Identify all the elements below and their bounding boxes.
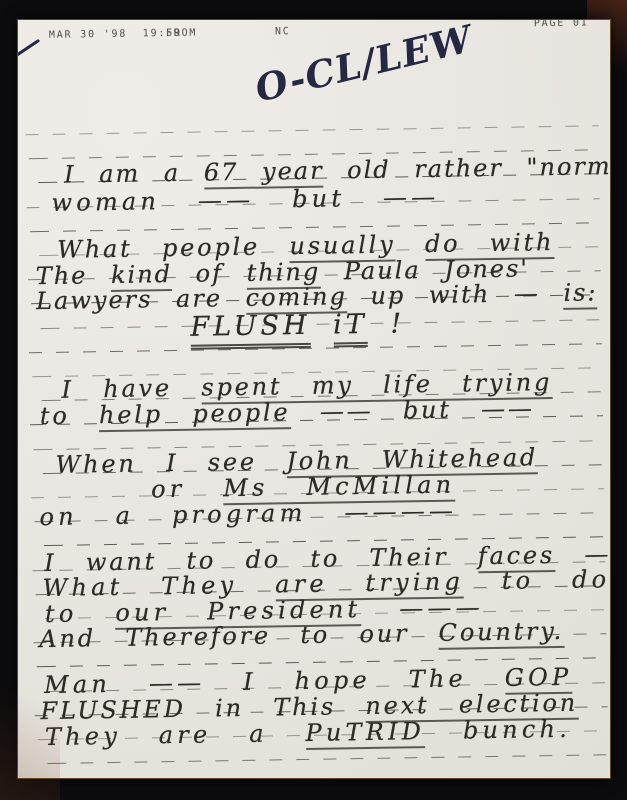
handwriting-text: to [40, 401, 100, 430]
handwriting-text: old rather "normal" [323, 151, 610, 184]
handwriting-text: —— but —— [290, 394, 535, 426]
handwriting-text: or [151, 474, 224, 503]
scanned-fax-page: MAR 30 '98 19:59 FROM NC PAGE 01 O-CL/LE… [0, 0, 627, 800]
handwriting-underlined-text: FLUSH [190, 310, 311, 350]
scan-tilt-layer: MAR 30 '98 19:59 FROM NC PAGE 01 O-CL/LE… [18, 20, 610, 778]
handwriting-text: ! [367, 308, 405, 340]
handwriting-underlined-text: is: [563, 278, 598, 310]
handwriting-underlined-text: PuTRID [305, 717, 425, 750]
handwriting-text: gets [572, 661, 610, 691]
handwriting-text: to do [464, 565, 610, 595]
ruled-line [29, 343, 602, 353]
paper: MAR 30 '98 19:59 FROM NC PAGE 01 O-CL/LE… [18, 20, 610, 778]
ruled-line [25, 125, 598, 135]
handwriting-text: I am a [64, 158, 204, 188]
handwriting-underlined-text: iT [333, 309, 368, 348]
handwriting-underlined-text: help people [99, 398, 291, 432]
handwriting-text: bunch. [425, 715, 571, 745]
ruled-line [35, 754, 608, 764]
handwriting-underlined-text: Country. [438, 617, 564, 650]
handwriting-line: FLUSH iT ! [190, 308, 405, 342]
handwriting-text: They are a [45, 719, 306, 751]
handwriting-text [395, 230, 425, 258]
handwriting-text [310, 309, 333, 340]
handwriting-text: up with — [347, 279, 564, 310]
